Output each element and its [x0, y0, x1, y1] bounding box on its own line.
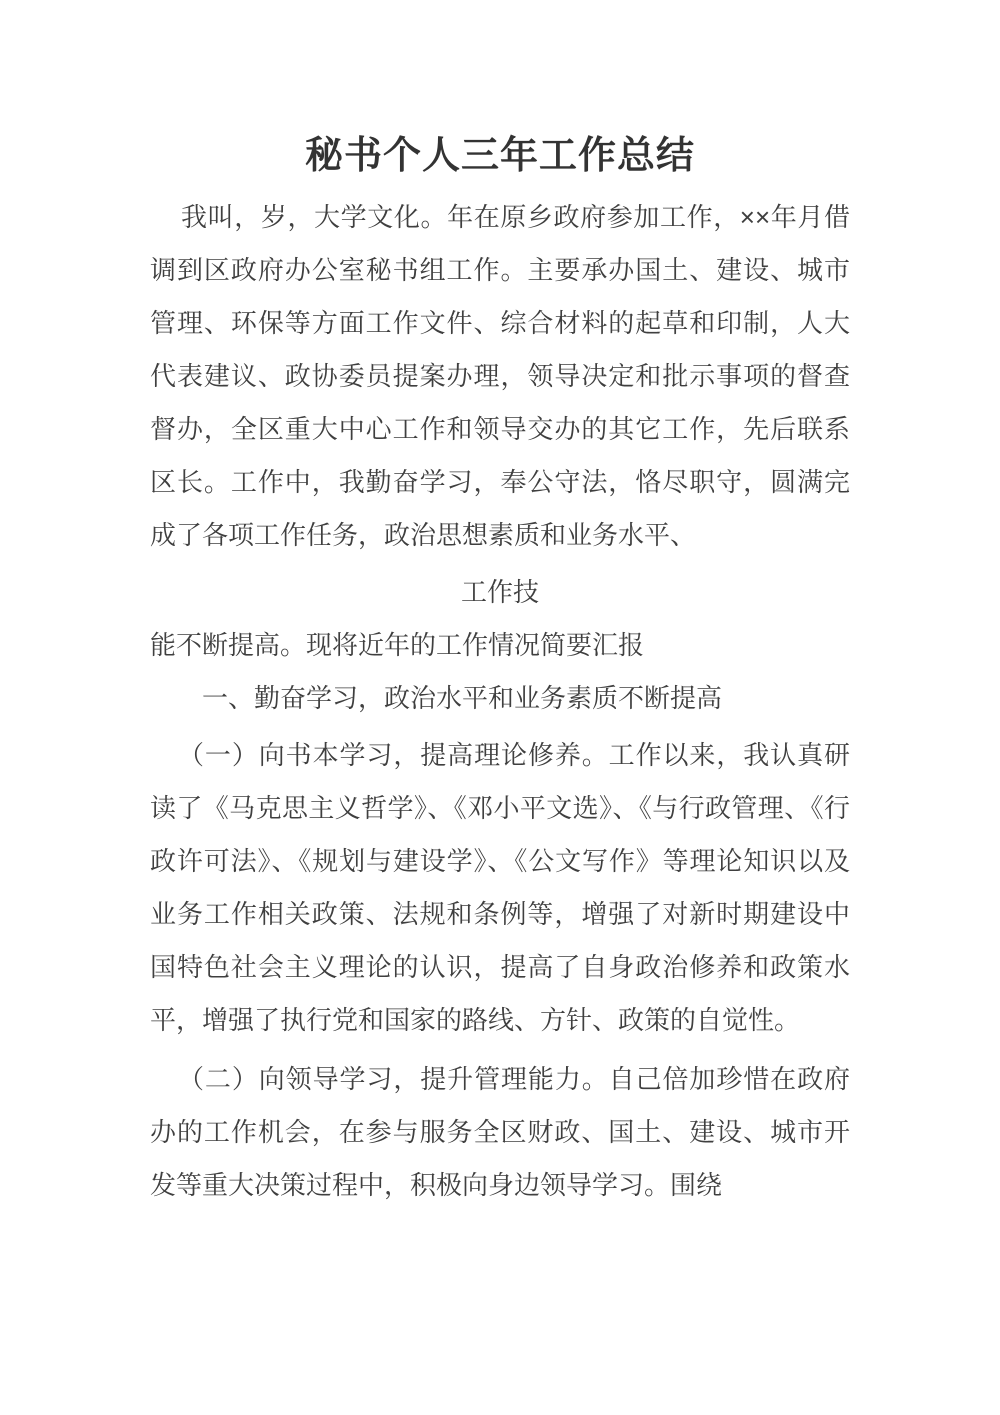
paragraph-intro: 我叫，岁，大学文化。年在原乡政府参加工作，××年月借调到区政府办公室秘书组工作。… — [150, 191, 850, 562]
paragraph-orphan-line: 工作技 — [150, 566, 850, 619]
paragraph-section-1-2: （二）向领导学习，提升管理能力。自己倍加珍惜在政府办的工作机会，在参与服务全区财… — [150, 1053, 850, 1212]
document-title: 秘书个人三年工作总结 — [150, 128, 850, 185]
paragraph-summary-lead: 能不断提高。现将近年的工作情况简要汇报 — [150, 619, 850, 672]
section-heading-1: 一、勤奋学习，政治水平和业务素质不断提高 — [150, 672, 850, 725]
paragraph-section-1-1: （一）向书本学习，提高理论修养。工作以来，我认真研读了《马克思主义哲学》、《邓小… — [150, 729, 850, 1047]
document-page: 秘书个人三年工作总结 我叫，岁，大学文化。年在原乡政府参加工作，××年月借调到区… — [0, 0, 1000, 1415]
